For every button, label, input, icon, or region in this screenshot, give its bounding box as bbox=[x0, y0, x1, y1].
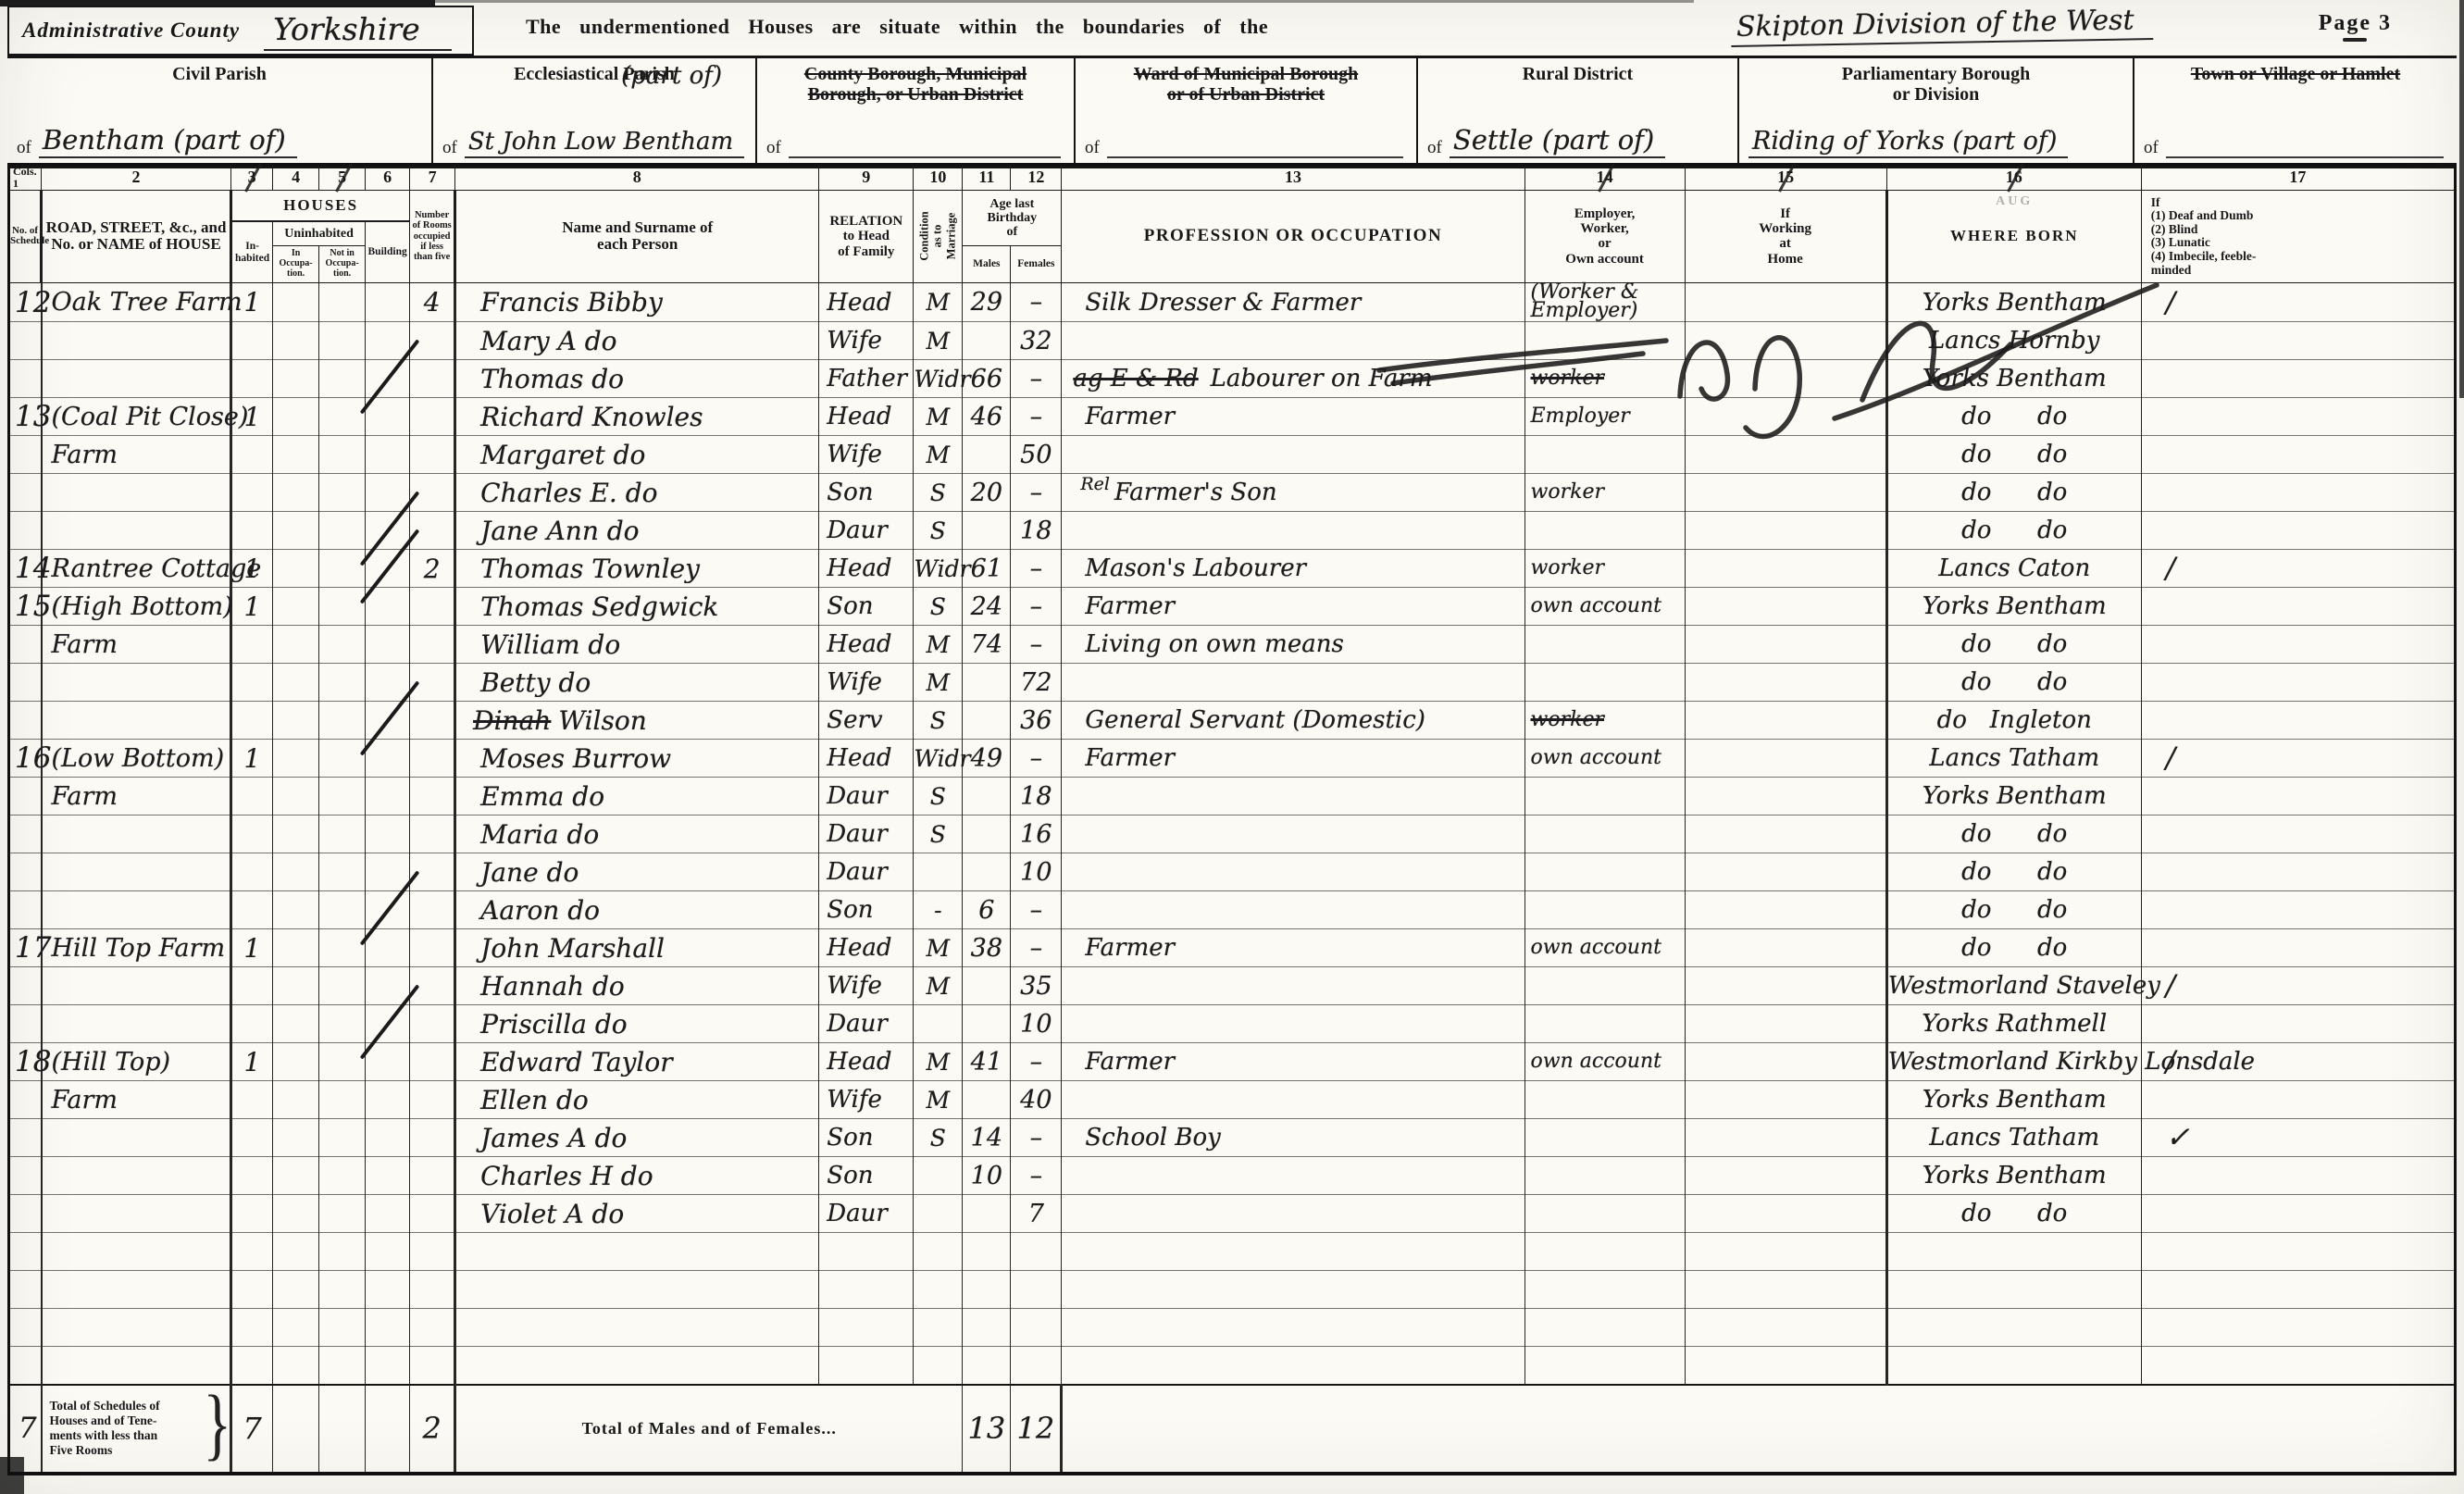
employer-value: own account bbox=[1531, 1052, 1661, 1071]
in-occupation-cell bbox=[273, 891, 319, 929]
census-row bbox=[9, 1271, 2456, 1309]
occupation-value: Farmer bbox=[1085, 592, 1175, 620]
house-cell: Farm bbox=[42, 626, 231, 664]
in-occupation-cell bbox=[273, 702, 319, 740]
age-female-value: 50 bbox=[1020, 441, 1052, 469]
where-born-value: Lancs Caton bbox=[1938, 554, 2090, 582]
house-cell: Oak Tree Farm bbox=[42, 282, 231, 321]
rooms-cell bbox=[410, 1157, 455, 1195]
relation-cell bbox=[819, 1309, 914, 1347]
condition-value: M bbox=[927, 1049, 951, 1076]
relation-cell bbox=[819, 1347, 914, 1385]
census-table-body: 12 Oak Tree Farm 1 4 Francis Bibby Head … bbox=[9, 282, 2456, 1384]
header-building: Building bbox=[366, 221, 410, 282]
condition-cell: Widr bbox=[914, 360, 963, 398]
rural-district-box: Rural District of Settle (part of) bbox=[1418, 58, 1739, 166]
infirmity-cell: ✓ bbox=[2141, 1119, 2455, 1157]
scan-artifact-top-2 bbox=[435, 0, 1694, 3]
schedule-cell bbox=[9, 1271, 42, 1309]
condition-value: S bbox=[930, 707, 946, 734]
building-cell bbox=[366, 664, 410, 702]
where-born-value: do do bbox=[1961, 668, 2067, 696]
census-row: 16 (Low Bottom) 1 Moses Burrow Head Widr… bbox=[9, 740, 2456, 778]
building-cell bbox=[366, 891, 410, 929]
infirmity-cell bbox=[2141, 626, 2455, 664]
not-in-occupation-cell bbox=[319, 322, 366, 360]
age-females-cell: – bbox=[1011, 360, 1062, 398]
infirmity-cell: / bbox=[2141, 740, 2455, 778]
working-at-home-cell bbox=[1685, 1309, 1886, 1347]
age-females-cell: 40 bbox=[1011, 1081, 1062, 1119]
in-occupation-cell bbox=[273, 664, 319, 702]
relation-cell: Son bbox=[819, 1119, 914, 1157]
age-female-value: – bbox=[1030, 896, 1043, 925]
inhabited-cell: 1 bbox=[231, 398, 273, 436]
rooms-cell bbox=[410, 436, 455, 474]
inhabited-cell bbox=[231, 815, 273, 853]
occupation-cell bbox=[1062, 1081, 1524, 1119]
colnum-2: 2 bbox=[42, 165, 231, 191]
person-name: Priscilla do bbox=[480, 1009, 627, 1040]
schedule-cell bbox=[9, 664, 42, 702]
house-name: Farm bbox=[52, 630, 118, 659]
infirmity-cell: / bbox=[2141, 550, 2455, 588]
inhabited-cell bbox=[231, 664, 273, 702]
totals-rooms-value: 2 bbox=[422, 1411, 441, 1446]
schedule-cell bbox=[9, 891, 42, 929]
age-males-cell bbox=[963, 512, 1011, 550]
header-infirmities: If (1) Deaf and Dumb (2) Blind (3) Lunat… bbox=[2141, 190, 2455, 282]
schedule-cell bbox=[9, 322, 42, 360]
relation-value: Son bbox=[827, 1162, 873, 1189]
schedule-cell bbox=[9, 702, 42, 740]
census-page: Administrative County Yorkshire The unde… bbox=[0, 0, 2464, 1494]
age-females-cell: 35 bbox=[1011, 967, 1062, 1005]
inhabited-cell: 1 bbox=[231, 550, 273, 588]
schedule-cell: 15 bbox=[9, 588, 42, 626]
house-cell bbox=[42, 853, 231, 891]
age-female-value: 10 bbox=[1020, 1010, 1052, 1039]
of-prefix: of bbox=[442, 138, 457, 158]
administrative-county-label: Administrative County bbox=[22, 19, 240, 43]
inhabited-cell bbox=[231, 1005, 273, 1043]
working-at-home-cell bbox=[1685, 1347, 1886, 1385]
relation-cell: Daur bbox=[819, 1005, 914, 1043]
census-row: Hannah do Wife M 35 Westmorland Staveley… bbox=[9, 967, 2456, 1005]
rooms-value: 2 bbox=[424, 554, 441, 584]
born-cell: do do bbox=[1886, 398, 2141, 436]
colnum-6: 6 bbox=[366, 165, 410, 191]
inhabited-cell bbox=[231, 702, 273, 740]
working-at-home-cell bbox=[1685, 929, 1886, 967]
age-males-cell bbox=[963, 702, 1011, 740]
colnum-17: 17 bbox=[2141, 165, 2455, 191]
name-cell: Margaret do bbox=[455, 436, 819, 474]
person-name: Thomas Townley bbox=[480, 554, 700, 584]
where-born-value: do Ingleton bbox=[1937, 706, 2092, 734]
inhabited-value: 1 bbox=[244, 743, 261, 774]
house-cell bbox=[42, 815, 231, 853]
not-in-occupation-cell bbox=[319, 550, 366, 588]
occupation-cell bbox=[1062, 967, 1524, 1005]
condition-value: M bbox=[927, 442, 951, 468]
condition-value: M bbox=[927, 289, 951, 316]
infirmity-cell bbox=[2141, 1081, 2455, 1119]
age-males-cell bbox=[963, 1195, 1011, 1233]
infirmity-cell bbox=[2141, 1347, 2455, 1385]
building-cell bbox=[366, 702, 410, 740]
census-row bbox=[9, 1233, 2456, 1271]
age-female-value: – bbox=[1030, 1048, 1043, 1077]
not-in-occupation-cell bbox=[319, 778, 366, 815]
occupation-value: Farmer's Son bbox=[1114, 479, 1277, 506]
name-cell: Aaron do bbox=[455, 891, 819, 929]
age-females-cell: – bbox=[1011, 398, 1062, 436]
occupation-cell: Silk Dresser & Farmer bbox=[1062, 282, 1524, 321]
age-female-value: – bbox=[1030, 1162, 1043, 1190]
age-female-value: 18 bbox=[1020, 517, 1052, 545]
employer-value: worker bbox=[1531, 711, 1604, 729]
condition-value: S bbox=[930, 517, 946, 544]
in-occupation-cell bbox=[273, 1195, 319, 1233]
person-name: Jane Ann do bbox=[480, 516, 639, 546]
age-males-cell bbox=[963, 322, 1011, 360]
schedule-cell: 16 bbox=[9, 740, 42, 778]
relation-cell: Wife bbox=[819, 967, 914, 1005]
employer-value: worker bbox=[1531, 559, 1604, 578]
not-in-occupation-cell bbox=[319, 815, 366, 853]
census-row: DinahWilson Serv S 36 General Servant (D… bbox=[9, 702, 2456, 740]
in-occupation-cell bbox=[273, 1043, 319, 1081]
where-born-value: do do bbox=[1961, 934, 2067, 962]
employer-cell: worker bbox=[1524, 702, 1685, 740]
employer-cell bbox=[1524, 512, 1685, 550]
ward-value-line: of bbox=[1085, 134, 1403, 158]
condition-cell: M bbox=[914, 282, 963, 321]
occupation-cell: Farmer bbox=[1062, 398, 1524, 436]
where-born-value: Westmorland Staveley bbox=[1888, 972, 2160, 1000]
age-female-value: – bbox=[1030, 403, 1043, 431]
age-females-cell: – bbox=[1011, 891, 1062, 929]
in-occupation-cell bbox=[273, 282, 319, 321]
house-name: Oak Tree Farm bbox=[52, 288, 243, 317]
age-males-cell bbox=[963, 664, 1011, 702]
relation-cell: Head bbox=[819, 626, 914, 664]
county-borough-value-line: of bbox=[766, 134, 1061, 158]
rooms-cell: 4 bbox=[410, 282, 455, 321]
house-cell bbox=[42, 1233, 231, 1271]
relation-cell: Son bbox=[819, 1157, 914, 1195]
column-headers: Cols. 1 2 3 4 5 6 7 8 9 10 11 12 13 14 1… bbox=[9, 165, 2456, 283]
colnum-14: 14 bbox=[1524, 165, 1685, 191]
born-cell: Yorks Bentham bbox=[1886, 1157, 2141, 1195]
born-cell: do do bbox=[1886, 626, 2141, 664]
inhabited-cell: 1 bbox=[231, 1043, 273, 1081]
schedule-cell bbox=[9, 853, 42, 891]
in-occupation-cell bbox=[273, 740, 319, 778]
relation-cell: Father bbox=[819, 360, 914, 398]
inhabited-cell bbox=[231, 1271, 273, 1309]
totals-empty-cell bbox=[366, 1385, 410, 1474]
where-born-value: Lancs Tatham bbox=[1929, 1124, 2099, 1152]
rural-district-label: Rural District bbox=[1418, 64, 1737, 84]
working-at-home-cell bbox=[1685, 1233, 1886, 1271]
working-at-home-cell bbox=[1685, 891, 1886, 929]
census-row: Charles E. do Son S 20 – RelFarmer's Son… bbox=[9, 474, 2456, 512]
schedule-cell bbox=[9, 360, 42, 398]
in-occupation-cell bbox=[273, 1119, 319, 1157]
census-row bbox=[9, 1347, 2456, 1385]
condition-cell: S bbox=[914, 474, 963, 512]
age-males-cell bbox=[963, 853, 1011, 891]
born-cell: do do bbox=[1886, 436, 2141, 474]
infirmity-mark: ✓ bbox=[2166, 1121, 2190, 1154]
header-road-street: ROAD, STREET, &c., and No. or NAME of HO… bbox=[42, 190, 231, 282]
relation-value: Daur bbox=[827, 517, 888, 544]
house-cell bbox=[42, 474, 231, 512]
rooms-cell bbox=[410, 398, 455, 436]
building-cell bbox=[366, 1347, 410, 1385]
rooms-cell bbox=[410, 1195, 455, 1233]
in-occupation-cell bbox=[273, 550, 319, 588]
age-male-value: 41 bbox=[971, 1048, 1002, 1077]
totals-schedules-label: Total of Schedules of Houses and of Tene… bbox=[50, 1399, 160, 1458]
occupation-cell bbox=[1062, 1195, 1524, 1233]
name-cell: Charles E. do bbox=[455, 474, 819, 512]
condition-value: S bbox=[930, 479, 946, 506]
header-condition: Condition as to Marriage bbox=[914, 190, 963, 282]
name-cell bbox=[455, 1309, 819, 1347]
parliamentary-borough-value-line: Riding of Yorks (part of) bbox=[1748, 127, 2120, 158]
in-occupation-cell bbox=[273, 815, 319, 853]
relation-cell bbox=[819, 1271, 914, 1309]
of-prefix: of bbox=[766, 138, 781, 158]
name-cell: Jane do bbox=[455, 853, 819, 891]
employer-cell bbox=[1524, 853, 1685, 891]
person-name: Violet A do bbox=[480, 1199, 624, 1229]
condition-cell: M bbox=[914, 1043, 963, 1081]
totals-rooms-cell: 2 bbox=[410, 1385, 455, 1474]
page-number-text: Page 3 bbox=[2319, 11, 2392, 35]
rooms-value: 4 bbox=[424, 287, 441, 317]
schedule-cell bbox=[9, 967, 42, 1005]
colnum-11: 11 bbox=[963, 165, 1011, 191]
census-table: Cols. 1 2 3 4 5 6 7 8 9 10 11 12 13 14 1… bbox=[7, 163, 2457, 1475]
infirmity-cell bbox=[2141, 322, 2455, 360]
born-cell: Lancs Caton bbox=[1886, 550, 2141, 588]
of-prefix: of bbox=[1427, 138, 1442, 158]
not-in-occupation-cell bbox=[319, 740, 366, 778]
born-cell bbox=[1886, 1271, 2141, 1309]
employer-value: worker bbox=[1531, 483, 1604, 502]
name-cell: Edward Taylor bbox=[455, 1043, 819, 1081]
age-males-cell: 10 bbox=[963, 1157, 1011, 1195]
occupation-cell: Mason's Labourer bbox=[1062, 550, 1524, 588]
age-male-value: 14 bbox=[971, 1124, 1002, 1152]
relation-value: Daur bbox=[827, 782, 888, 810]
header-not-in-occupation: Not in Occupa- tion. bbox=[319, 245, 366, 282]
census-row: 14 Rantree Cottage 1 2 Thomas Townley He… bbox=[9, 550, 2456, 588]
schedule-cell bbox=[9, 1157, 42, 1195]
age-male-value: 66 bbox=[971, 365, 1002, 393]
where-born-value: Lancs Tatham bbox=[1929, 744, 2099, 772]
in-occupation-cell bbox=[273, 1233, 319, 1271]
infirmity-cell bbox=[2141, 929, 2455, 967]
age-males-cell bbox=[963, 778, 1011, 815]
name-cell: Thomas do bbox=[455, 360, 819, 398]
not-in-occupation-cell bbox=[319, 1309, 366, 1347]
where-born-value: Yorks Bentham bbox=[1923, 365, 2107, 392]
census-row: 13 (Coal Pit Close) 1 Richard Knowles He… bbox=[9, 398, 2456, 436]
condition-cell bbox=[914, 1347, 963, 1385]
condition-cell bbox=[914, 853, 963, 891]
relation-cell bbox=[819, 1233, 914, 1271]
in-occupation-cell bbox=[273, 512, 319, 550]
name-cell bbox=[455, 1233, 819, 1271]
age-females-cell: – bbox=[1011, 282, 1062, 321]
house-name: (Low Bottom) bbox=[52, 744, 225, 773]
inhabited-cell bbox=[231, 1157, 273, 1195]
house-cell: (Low Bottom) bbox=[42, 740, 231, 778]
born-cell: Yorks Bentham bbox=[1886, 588, 2141, 626]
header-females: Females bbox=[1011, 245, 1062, 282]
working-at-home-cell bbox=[1685, 778, 1886, 815]
age-female-value: – bbox=[1030, 554, 1043, 583]
employer-cell bbox=[1524, 967, 1685, 1005]
totals-empty-cell bbox=[273, 1385, 319, 1474]
relation-value: Serv bbox=[827, 706, 882, 734]
colnum-13: 13 bbox=[1062, 165, 1524, 191]
infirmity-cell bbox=[2141, 588, 2455, 626]
where-born-value: do do bbox=[1961, 441, 2067, 468]
condition-cell: S bbox=[914, 702, 963, 740]
employer-cell bbox=[1524, 1081, 1685, 1119]
relation-value: Son bbox=[827, 479, 873, 506]
rooms-cell bbox=[410, 1271, 455, 1309]
inhabited-value: 1 bbox=[244, 591, 261, 622]
in-occupation-cell bbox=[273, 1157, 319, 1195]
not-in-occupation-cell bbox=[319, 360, 366, 398]
condition-cell bbox=[914, 1233, 963, 1271]
age-male-value: 24 bbox=[971, 592, 1002, 621]
relation-cell: Daur bbox=[819, 778, 914, 815]
occupation-cell: School Boy bbox=[1062, 1119, 1524, 1157]
town-village-box: Town or Village or Hamlet of bbox=[2134, 58, 2457, 166]
age-females-cell: – bbox=[1011, 1119, 1062, 1157]
age-males-cell: 29 bbox=[963, 282, 1011, 321]
condition-value: M bbox=[927, 631, 951, 658]
age-female-value: 32 bbox=[1020, 327, 1052, 355]
totals-males-cell: 13 bbox=[963, 1385, 1011, 1474]
occupation-value: Farmer bbox=[1085, 934, 1175, 962]
person-name: Emma do bbox=[480, 781, 604, 812]
age-female-value: 40 bbox=[1020, 1086, 1052, 1114]
occupation-value: Living on own means bbox=[1085, 630, 1343, 658]
age-females-cell bbox=[1011, 1347, 1062, 1385]
scan-artifact-right bbox=[2459, 0, 2464, 398]
condition-cell: S bbox=[914, 588, 963, 626]
age-males-cell bbox=[963, 967, 1011, 1005]
occupation-cell: General Servant (Domestic) bbox=[1062, 702, 1524, 740]
relation-value: Head bbox=[827, 289, 891, 317]
employer-cell bbox=[1524, 436, 1685, 474]
district-boxes-row: Civil Parish of Bentham (part of) Eccles… bbox=[7, 56, 2457, 168]
boundaries-statement: The undermentioned Houses are situate wi… bbox=[526, 15, 1268, 39]
house-cell: (Hill Top) bbox=[42, 1043, 231, 1081]
building-cell bbox=[366, 436, 410, 474]
house-cell bbox=[42, 1195, 231, 1233]
condition-cell: S bbox=[914, 1119, 963, 1157]
person-name: Ellen do bbox=[480, 1085, 589, 1115]
occupation-cell bbox=[1062, 436, 1524, 474]
schedule-cell bbox=[9, 512, 42, 550]
building-cell bbox=[366, 282, 410, 321]
age-females-cell: 72 bbox=[1011, 664, 1062, 702]
name-cell: James A do bbox=[455, 1119, 819, 1157]
occupation-cell: Living on own means bbox=[1062, 626, 1524, 664]
rural-district-value: Settle (part of) bbox=[1450, 124, 1665, 158]
house-cell bbox=[42, 1271, 231, 1309]
person-name: Thomas Sedgwick bbox=[480, 591, 718, 622]
inhabited-cell bbox=[231, 853, 273, 891]
age-females-cell: 50 bbox=[1011, 436, 1062, 474]
name-cell: Thomas Sedgwick bbox=[455, 588, 819, 626]
building-cell bbox=[366, 1157, 410, 1195]
age-female-value: 10 bbox=[1020, 858, 1052, 887]
relation-value: Head bbox=[827, 1048, 891, 1076]
condition-value: S bbox=[930, 593, 946, 620]
census-row: Violet A do Daur 7 do do bbox=[9, 1195, 2456, 1233]
person-name: Wilson bbox=[558, 705, 646, 736]
inhabited-cell bbox=[231, 1233, 273, 1271]
page-number: Page 3 bbox=[2319, 11, 2392, 42]
condition-cell: S bbox=[914, 512, 963, 550]
condition-cell bbox=[914, 1157, 963, 1195]
census-row: Mary A do Wife M 32 Lancs Hornby bbox=[9, 322, 2456, 360]
in-occupation-cell bbox=[273, 1347, 319, 1385]
totals-males-females-label: Total of Males and of Females... bbox=[582, 1419, 837, 1438]
house-cell bbox=[42, 702, 231, 740]
working-at-home-cell bbox=[1685, 474, 1886, 512]
born-cell: do do bbox=[1886, 853, 2141, 891]
relation-cell: Wife bbox=[819, 436, 914, 474]
inhabited-cell: 1 bbox=[231, 282, 273, 321]
relation-value: Wife bbox=[827, 668, 882, 696]
occupation-cell bbox=[1062, 1157, 1524, 1195]
employer-value: own account bbox=[1531, 939, 1661, 957]
totals-brace: } bbox=[203, 1376, 231, 1473]
schedule-cell bbox=[9, 1195, 42, 1233]
in-occupation-cell bbox=[273, 588, 319, 626]
inhabited-cell bbox=[231, 891, 273, 929]
condition-value: S bbox=[930, 783, 946, 810]
age-males-cell: 41 bbox=[963, 1043, 1011, 1081]
not-in-occupation-cell bbox=[319, 929, 366, 967]
born-cell: Lancs Hornby bbox=[1886, 322, 2141, 360]
employer-cell: own account bbox=[1524, 929, 1685, 967]
building-cell bbox=[366, 512, 410, 550]
header-in-occupation: In Occupa- tion. bbox=[273, 245, 319, 282]
relation-value: Wife bbox=[827, 972, 882, 1000]
totals-females-cell: 12 bbox=[1011, 1385, 1062, 1474]
relation-value: Wife bbox=[827, 441, 882, 468]
not-in-occupation-cell bbox=[319, 1043, 366, 1081]
infirmity-mark: / bbox=[2166, 741, 2175, 775]
occupation-cell bbox=[1062, 778, 1524, 815]
age-female-value: 36 bbox=[1020, 706, 1052, 735]
header-schedule: No. of Schedule bbox=[9, 190, 42, 282]
census-row: 18 (Hill Top) 1 Edward Taylor Head M 41 … bbox=[9, 1043, 2456, 1081]
